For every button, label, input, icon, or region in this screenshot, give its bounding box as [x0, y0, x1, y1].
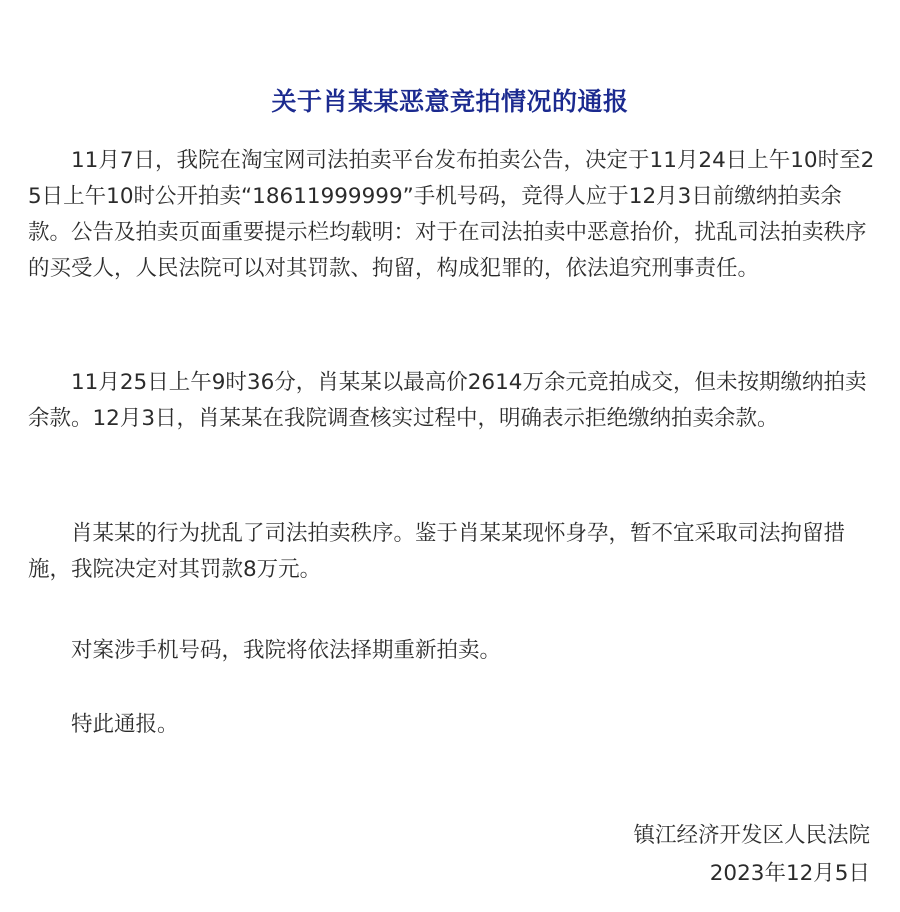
paragraph-re-auction: 对案涉手机号码，我院将依法择期重新拍卖。 [28, 633, 876, 669]
paragraph-auction-announcement: 11月7日，我院在淘宝网司法拍卖平台发布拍卖公告，决定于11月24日上午10时至… [28, 143, 876, 287]
paragraph-penalty-decision: 肖某某的行为扰乱了司法拍卖秩序。鉴于肖某某现怀身孕，暂不宜采取司法拘留措施，我院… [28, 516, 876, 588]
notice-title: 关于肖某某恶意竞拍情况的通报 [0, 85, 900, 119]
signature-date: 2023年12月5日 [710, 856, 870, 892]
paragraph-closing: 特此通报。 [28, 707, 876, 743]
signature-organization: 镇江经济开发区人民法院 [633, 818, 870, 854]
paragraph-auction-result: 11月25日上午9时36分，肖某某以最高价2614万余元竞拍成交，但未按期缴纳拍… [28, 365, 876, 437]
